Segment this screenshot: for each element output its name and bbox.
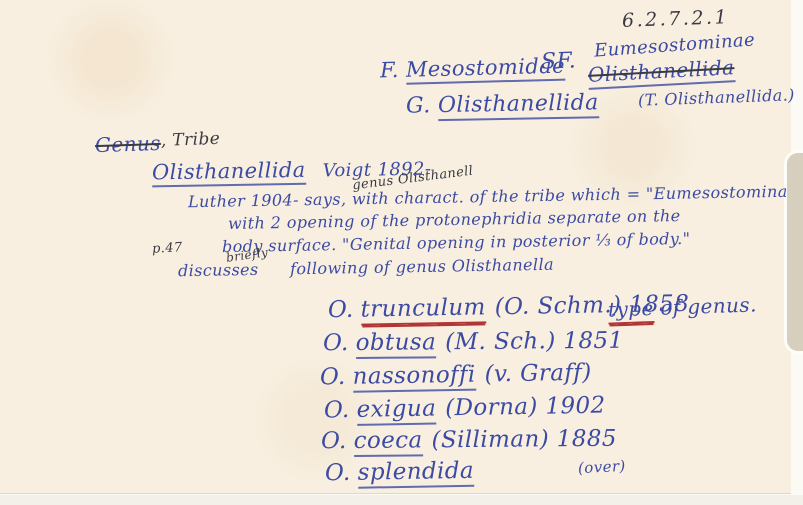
margin-page-ref: p.47 (152, 240, 183, 257)
species-genus-abbr: O. (324, 397, 350, 423)
species-name: obtusa (356, 329, 437, 359)
divider-tab (787, 153, 803, 351)
note-line-4a: discusses (178, 260, 259, 280)
species-row: O.exigua(Dorna) 1902 (324, 393, 606, 424)
species-row: O.splendida (325, 458, 474, 487)
species-row: O.coeca(Silliman) 1885 (321, 426, 617, 455)
species-row: O.nassonoffi(v. Graff) (320, 360, 592, 391)
species-name: exigua (356, 396, 436, 426)
species-genus-abbr: O. (321, 428, 347, 454)
taxon-name: Olisthanellida (152, 158, 306, 188)
rank-replacement: , Tribe (160, 129, 220, 151)
species-authority: (Dorna) 1902 (445, 393, 606, 422)
species-name: trunculum (360, 294, 486, 325)
genus-line: G. Olisthanellida (406, 90, 599, 118)
species-authority: (Silliman) 1885 (431, 426, 617, 454)
species-row: O.obtusa(M. Sch.) 1851 (323, 328, 624, 357)
genus-name: Olisthanellida (438, 90, 599, 121)
species-name: coeca (354, 427, 423, 457)
type-word: type (608, 296, 654, 325)
rank-correction: Genus, Tribe (95, 129, 221, 157)
scanned-index-card-page: 6.2.7.2.1 F. Mesostomidae SF. Eumesostom… (0, 0, 803, 505)
family-label: F. (380, 58, 399, 82)
species-name: nassonoffi (352, 362, 476, 393)
species-genus-abbr: O. (325, 460, 351, 486)
species-authority: (v. Graff) (484, 360, 591, 388)
species-name: splendida (357, 458, 474, 489)
type-rest: of genus. (660, 292, 757, 319)
genus-label: G. (406, 93, 431, 118)
species-genus-abbr: O. (320, 364, 346, 390)
rank-struck: Genus (95, 131, 162, 157)
card-bottom-edge (0, 495, 803, 505)
species-genus-abbr: O. (328, 297, 354, 323)
species-genus-abbr: O. (323, 330, 349, 356)
over-note: (over) (578, 457, 627, 477)
species-authority: (M. Sch.) 1851 (445, 328, 624, 356)
family-line: F. Mesostomidae (380, 54, 565, 83)
call-number: 6.2.7.2.1 (622, 6, 730, 32)
subfamily-label: SF. (541, 48, 577, 74)
